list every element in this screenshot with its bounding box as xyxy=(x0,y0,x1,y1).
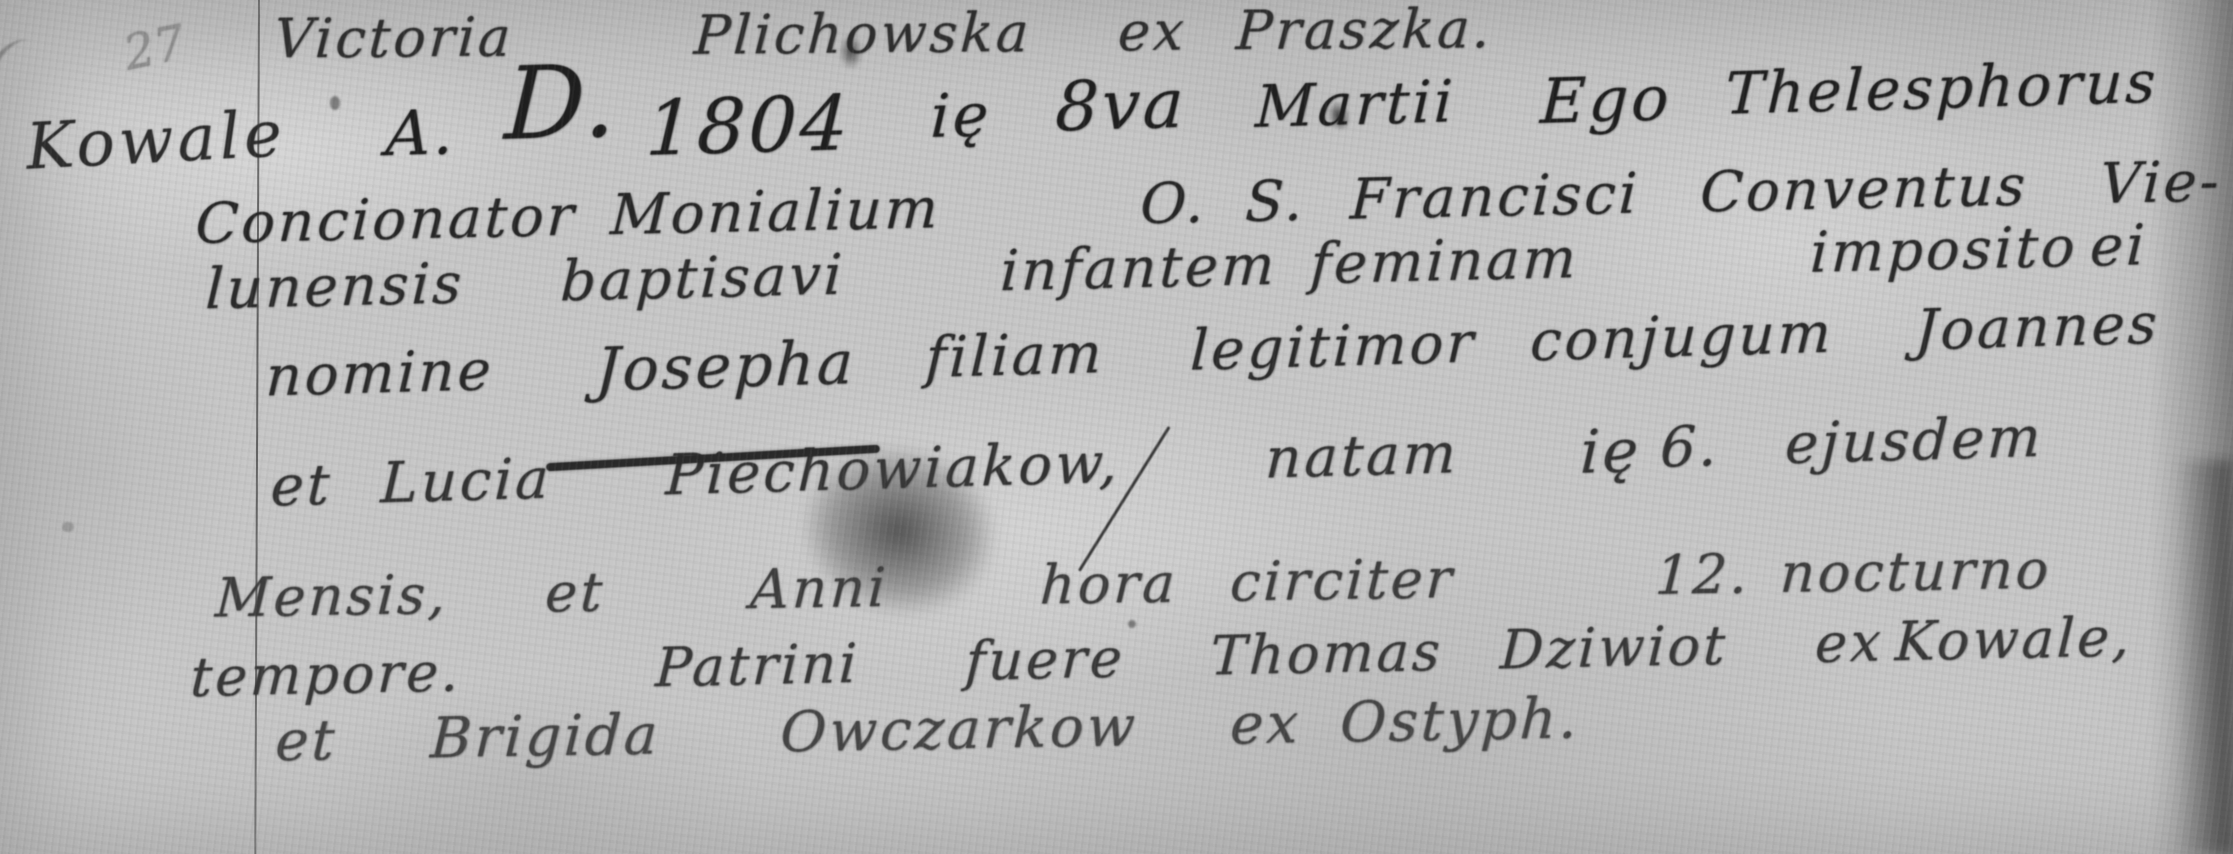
word: legitimor xyxy=(1189,311,1477,384)
word: ię xyxy=(929,80,993,152)
page-corner-shadow xyxy=(2175,460,2233,854)
manuscript-page: 27 Kowale VictoriaPlichowskaexPraszka.A.… xyxy=(0,0,2233,854)
word: Lucia xyxy=(379,447,553,517)
word: nomine xyxy=(264,338,495,409)
word: Martii xyxy=(1254,67,1457,141)
word: 12. xyxy=(1654,542,1752,607)
word: Victoria xyxy=(272,6,515,71)
word: natam xyxy=(1264,421,1460,492)
word: nocturno xyxy=(1779,538,2054,605)
word: baptisavi xyxy=(559,243,846,315)
ink-smudge-small xyxy=(836,30,866,74)
word: A. xyxy=(384,95,458,170)
word: Vie- xyxy=(2099,149,2224,217)
manuscript-line: etLuciaPiechowiakow,natamię6.ejusdem xyxy=(0,400,2232,462)
word: filiam xyxy=(924,321,1106,391)
word: ex xyxy=(1229,691,1303,757)
word: Dziwiot xyxy=(1499,614,1730,682)
word: Mensis, xyxy=(214,563,450,630)
word: D. xyxy=(503,43,622,163)
word: et xyxy=(274,708,339,774)
manuscript-line: Mensis,etAnnihoracirciter12.nocturno xyxy=(0,535,2233,570)
word: Conventus xyxy=(1699,153,2030,225)
margin-entry-number: 27 xyxy=(119,14,190,81)
word: Thomas xyxy=(1209,620,1444,688)
word: Concionator xyxy=(194,184,578,257)
word: circiter xyxy=(1229,547,1457,614)
word: et xyxy=(269,453,333,520)
word: Praszka. xyxy=(1234,0,1494,62)
word: 8va xyxy=(1054,65,1188,148)
word: Josepha xyxy=(594,328,857,405)
word: O. xyxy=(1139,171,1209,237)
word: S. xyxy=(1244,169,1307,235)
word: Ostyph. xyxy=(1339,686,1582,755)
word: Joannes xyxy=(1914,292,2161,364)
word: Ego xyxy=(1539,61,1673,138)
word: 1804 xyxy=(644,78,853,173)
word: 6. xyxy=(1659,414,1721,481)
word: Francisci xyxy=(1349,162,1641,233)
word: ię xyxy=(1579,416,1643,488)
word: Thelesphorus xyxy=(1724,48,2160,128)
word: Monialium xyxy=(609,176,943,248)
word: fuere xyxy=(964,626,1127,692)
ink-speck xyxy=(330,96,340,110)
word: ei xyxy=(2089,213,2149,279)
word: imposito xyxy=(1809,215,2079,286)
word: Patrini xyxy=(654,632,861,699)
ink-speck xyxy=(1128,620,1136,628)
word: feminam xyxy=(1309,226,1580,297)
ink-speck xyxy=(62,522,74,532)
margin-place-name: Kowale xyxy=(24,97,287,185)
word: Brigida xyxy=(429,702,662,771)
word: et xyxy=(544,560,607,624)
word: ex xyxy=(1116,0,1188,63)
word: ex xyxy=(1814,611,1885,676)
word: tempore. xyxy=(189,640,463,709)
word: Kowale, xyxy=(1894,605,2134,673)
manuscript-line: ConcionatorMonialiumO.S.FrancisciConvent… xyxy=(0,149,2233,196)
manuscript-line: VictoriaPlichowskaexPraszka. xyxy=(0,0,2233,10)
word: ejusdem xyxy=(1784,405,2045,477)
word: conjugum xyxy=(1529,301,1835,375)
word: Owczarkow xyxy=(779,694,1140,765)
word: lunensis xyxy=(204,251,466,322)
word: hora xyxy=(1039,551,1180,616)
word: infantem xyxy=(999,233,1279,304)
